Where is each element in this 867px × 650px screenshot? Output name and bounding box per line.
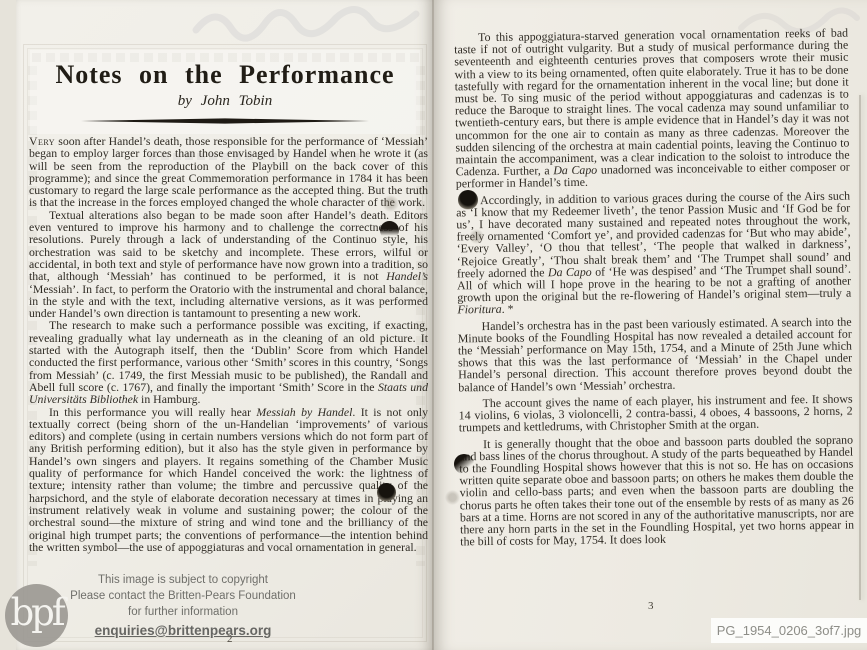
handwriting-show-through: [186, 0, 426, 48]
binding-hole: [377, 483, 396, 502]
paragraph: In this performance you will really hear…: [29, 406, 428, 554]
page-number: 3: [648, 600, 654, 612]
paragraph: The account gives the name of each playe…: [458, 392, 852, 433]
binding-hole: [454, 454, 474, 474]
copyright-line: This image is subject to copyright: [58, 572, 308, 588]
copyright-line: Please contact the Britten-Pears Foundat…: [58, 588, 308, 604]
contact-email-link[interactable]: enquiries@brittenpears.org: [95, 623, 272, 638]
paragraph: To this appoggiatura-starved generation …: [454, 27, 850, 190]
gutter-fold: [432, 0, 434, 650]
title-block: Notes on the Performance by John Tobin: [34, 54, 416, 124]
left-page: Notes on the Performance by John Tobin V…: [16, 0, 433, 650]
binding-hole-ghost: [382, 195, 399, 212]
paragraph: The research to make such a performance …: [29, 319, 428, 405]
copyright-watermark: This image is subject to copyright Pleas…: [58, 572, 308, 640]
copyright-line: for further information: [58, 604, 308, 620]
paragraph: It is generally thought that the oboe an…: [459, 433, 854, 548]
binding-hole: [458, 190, 478, 210]
paragraph: Very soon after Handel’s death, those re…: [29, 135, 428, 209]
paragraph: Handel’s orchestra has in the past been …: [458, 315, 853, 393]
filename-tag: PG_1954_0206_3of7.jpg: [711, 618, 867, 643]
page-edge-line: [859, 95, 861, 600]
right-page-text: To this appoggiatura-starved generation …: [454, 27, 854, 552]
bpf-monogram: bpf: [10, 591, 62, 634]
left-page-text: Very soon after Handel’s death, those re…: [29, 135, 428, 553]
binding-hole: [380, 221, 399, 240]
binding-hole-ghost: [469, 229, 484, 244]
paragraph: Accordingly, in addition to various grac…: [456, 189, 851, 316]
binding-hole-ghost: [445, 490, 460, 505]
page-title: Notes on the Performance: [34, 60, 416, 90]
byline: by John Tobin: [34, 93, 416, 110]
tapered-rule: [81, 118, 369, 124]
scanned-programme-spread: Notes on the Performance by John Tobin V…: [0, 0, 867, 650]
paragraph: Textual alterations also began to be mad…: [29, 209, 428, 320]
right-page: To this appoggiatura-starved generation …: [433, 0, 867, 650]
